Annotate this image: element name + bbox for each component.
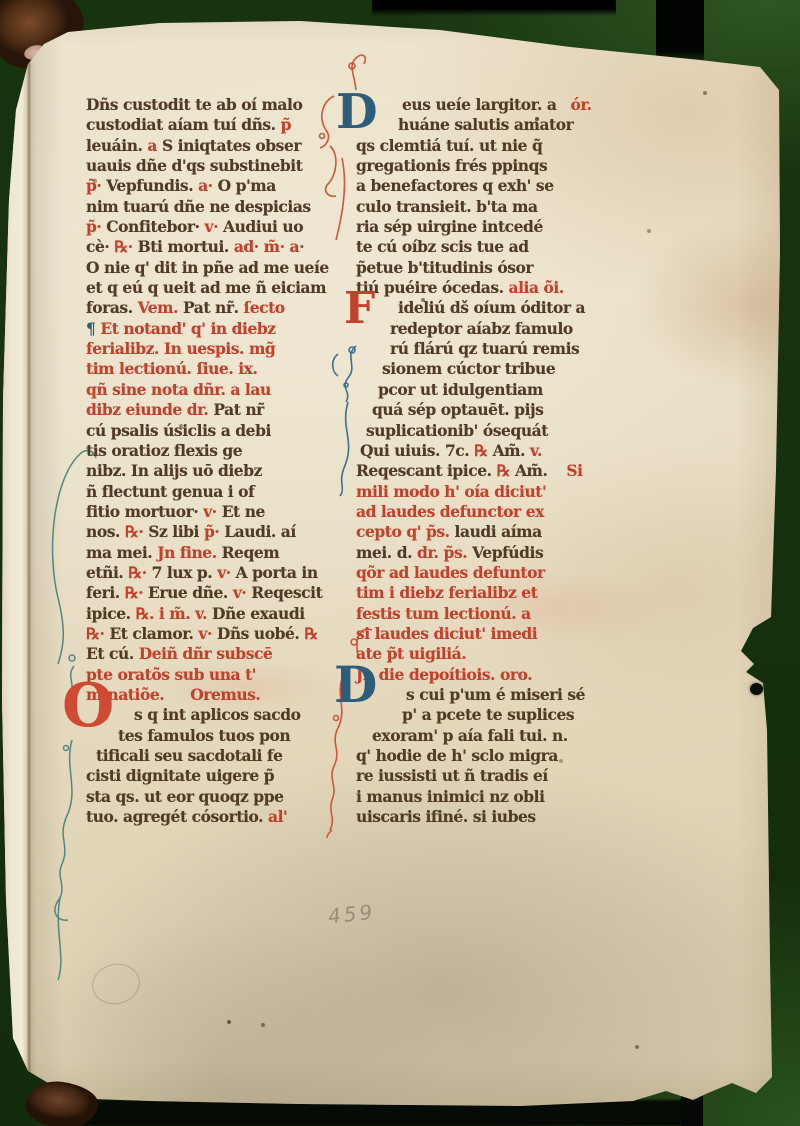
- text-line: sionem cúctor tribue: [356, 359, 636, 379]
- text-line: festis tum lectionú. a: [356, 604, 636, 624]
- text-line: ate p̃t uigiliá.: [356, 644, 636, 664]
- text-line: minatiõe.Oremus.: [86, 685, 366, 705]
- text-line: cisti dignitate uigere p̃: [86, 766, 366, 786]
- text-line: p̃etue b'titudinis ósor: [356, 258, 636, 278]
- text-line: tes famulos tuos pon: [86, 726, 366, 746]
- text-line: foras. Vem. Pat nr̃. ſecto: [86, 298, 366, 318]
- text-line: dibz eiunde dr. Pat nr̃: [86, 400, 366, 420]
- text-line: Et cú. Deiñ dñr subscē: [86, 644, 366, 664]
- text-line: i manus inimici nz obli: [356, 787, 636, 807]
- text-line: feri. ℞· Erue dñe. v· Reqescit: [86, 583, 366, 603]
- text-line: ¶ Et notand' q' in diebz: [86, 319, 366, 339]
- text-line: ma mei. Jn fine. Reqem: [86, 543, 366, 563]
- text-line: ñ flectunt genua i of: [86, 482, 366, 502]
- text-line: p̃· Vepfundis. a· O p'ma: [86, 176, 366, 196]
- text-line: si laudes diciut' imedi: [356, 624, 636, 644]
- text-line: tim lectionú. ſiue. ix.: [86, 359, 366, 379]
- text-line: tiú puéire ócedas. alia õi.: [356, 278, 636, 298]
- text-line: ideliú dš oíum óditor a: [356, 298, 636, 318]
- illuminated-initial-D: D: [336, 88, 378, 136]
- text-column-right: eus ueíe largitor. aór.huáne salutis ama…: [356, 95, 636, 827]
- text-line: tim i diebz ferialibz et: [356, 583, 636, 603]
- text-line: p̃· Confitebor· v· Audiui uo: [86, 217, 366, 237]
- text-line: uiscaris ifiné. si iubes: [356, 807, 636, 827]
- text-line: s q int aplicos sacdo: [86, 705, 366, 725]
- text-line: leuáin. a S iniqtates obser: [86, 136, 366, 156]
- text-line: culo transieit. b'ta ma: [356, 197, 636, 217]
- photograph-of-manuscript: { "page": { "folio_number": "459", "colo…: [0, 0, 800, 1126]
- text-line: pcor ut idulgentiam: [356, 380, 636, 400]
- worm-hole: [750, 683, 763, 695]
- text-line: O nie q' dit in pñe ad me ueíe: [86, 258, 366, 278]
- text-line: qñ sine nota dñr. a lau: [86, 380, 366, 400]
- text-column-left: Dñs custodit te ab oí malocustodiat aíam…: [86, 95, 366, 827]
- text-line: quá sép optauēt. pijs: [356, 400, 636, 420]
- text-line: nibz. In alijs uō diebz: [86, 461, 366, 481]
- text-line: s cui p'um é miseri sé: [356, 685, 636, 705]
- text-line: p' a pcete te suplices: [356, 705, 636, 725]
- text-line: mili modo h' oía diciut': [356, 482, 636, 502]
- text-line: tificali seu sacdotali fe: [86, 746, 366, 766]
- text-line: q' hodie de h' sclo migra: [356, 746, 636, 766]
- background-shadow-band: [372, 0, 616, 16]
- text-line: Dñs custodit te ab oí malo: [86, 95, 366, 115]
- text-line: Qui uiuis. 7c. ℞ Am̃. v.: [356, 441, 636, 461]
- text-line: tis oratioz flexis ge: [86, 441, 366, 461]
- text-line: Reqescant ipice. ℞ Am̃. Si: [356, 461, 636, 481]
- text-line: a benefactores q exh' se: [356, 176, 636, 196]
- text-line: exoram' p aía fali tui. n.: [356, 726, 636, 746]
- text-line: te cú oíbz scis tue ad: [356, 237, 636, 257]
- text-line: tuo. agregét cósortio. al': [86, 807, 366, 827]
- text-line: uauis dñe d'qs substinebit: [86, 156, 366, 176]
- text-line: fitio mortuor· v· Et ne: [86, 502, 366, 522]
- text-line: etñi. ℞· 7 lux p. v· A porta in: [86, 563, 366, 583]
- text-line: Jn die depoítiois. oro.: [356, 665, 636, 685]
- text-line: re iussisti ut ñ tradis eí: [356, 766, 636, 786]
- text-line: ipice. ℞. i m̃. v. Dñe exaudi: [86, 604, 366, 624]
- text-line: qs clemtiá tuí. ut nie q̃: [356, 136, 636, 156]
- text-line: cepto q' p̃s. laudi aíma: [356, 522, 636, 542]
- folio-number-pencil: 459: [327, 900, 376, 929]
- text-line: ℞· Et clamor. v· Dñs uobé. ℞: [86, 624, 366, 644]
- text-line: qõr ad laudes defuntor: [356, 563, 636, 583]
- text-line: et q eú q ueit ad me ñ eiciam: [86, 278, 366, 298]
- text-line: ferialibz. In uespis. mg̃: [86, 339, 366, 359]
- text-line: mei. d. dr. p̃s. Vepfúdis: [356, 543, 636, 563]
- illuminated-initial-F: F: [344, 287, 375, 331]
- text-line: suplicationib' ósequát: [356, 421, 636, 441]
- text-line: cú psalis úsiclis a debi: [86, 421, 366, 441]
- text-line: nos. ℞· Sz libi p̃· Laudi. aí: [86, 522, 366, 542]
- text-line: ad laudes defunctor ex: [356, 502, 636, 522]
- manuscript-page: D F O D Dñs custodit te ab oí malocustod…: [0, 0, 800, 1126]
- illuminated-initial-D: D: [334, 660, 377, 710]
- text-line: ria sép uirgine intcedé: [356, 217, 636, 237]
- text-line: redeptor aíabz famulo: [356, 319, 636, 339]
- illuminated-initial-O: O: [62, 676, 114, 736]
- text-line: gregationis frés ppinqs: [356, 156, 636, 176]
- text-line: rú flárú qz tuarú remis: [356, 339, 636, 359]
- text-line: custodiat aíam tuí dñs. p̃: [86, 115, 366, 135]
- text-line: eus ueíe largitor. aór.: [356, 95, 636, 115]
- text-line: nim tuarú dñe ne despicias: [86, 197, 366, 217]
- text-line: cè· ℞· Bti mortui. ad· m̃· a·: [86, 237, 366, 257]
- text-line: huáne salutis amator: [356, 115, 636, 135]
- text-line: sta qs. ut eor quoqz ppe: [86, 787, 366, 807]
- text-line: pte oratõs sub una t': [86, 665, 366, 685]
